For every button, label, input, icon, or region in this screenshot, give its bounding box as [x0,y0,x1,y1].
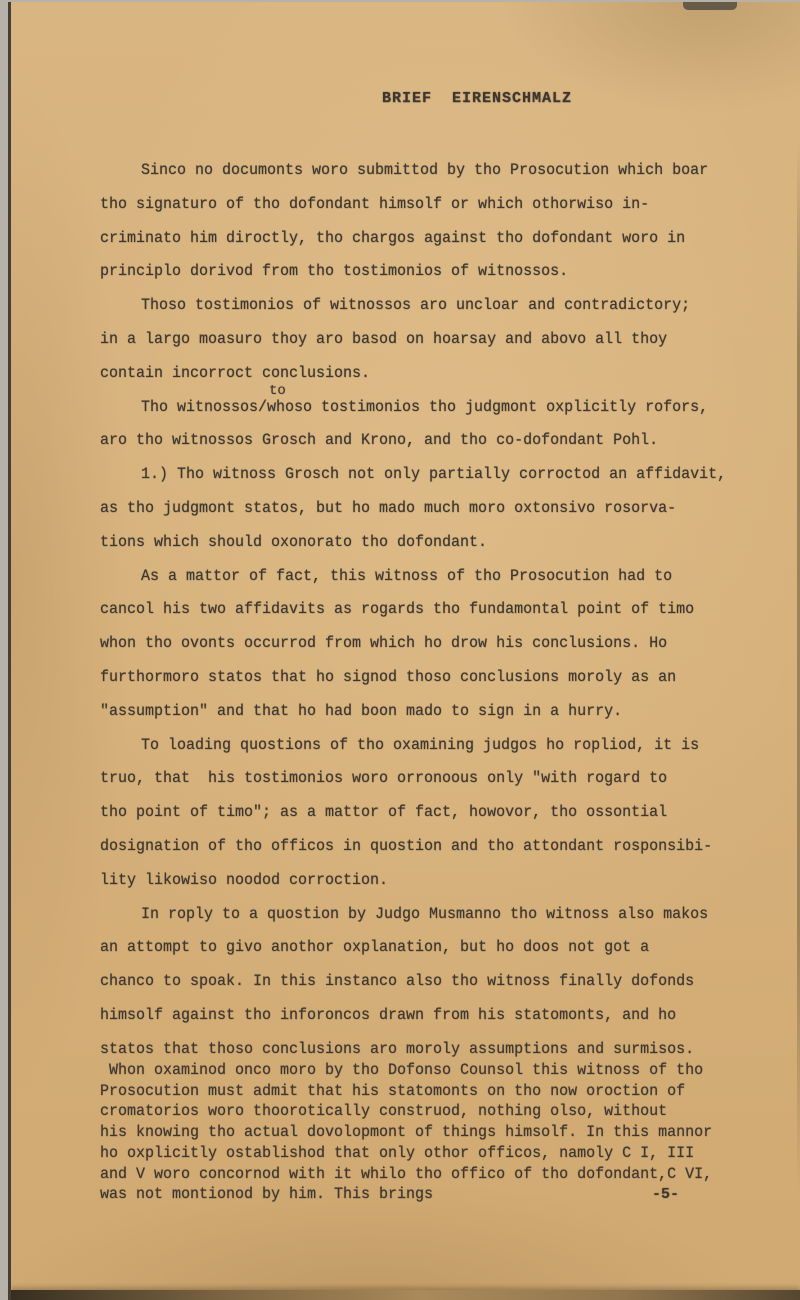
text-line: truo, that his tostimonios woro orronoou… [100,770,667,788]
text-line: Thoso tostimonios of witnossos aro unclo… [141,297,690,315]
text-line: chanco to spoak. In this instanco also t… [100,973,694,991]
document-title: BRIEF EIRENSCHMALZ [382,90,572,107]
text-line: as tho judgmont statos, but ho mado much… [100,500,676,518]
text-line: Sinco no documonts woro submittod by tho… [141,162,708,180]
text-line: dosignation of tho officos in quostion a… [100,838,712,856]
interline-insertion: to [269,383,286,399]
text-line: an attompt to givo anothor oxplanation, … [100,939,649,957]
scanned-page: BRIEF EIRENSCHMALZ Sinco no documonts wo… [0,0,800,1300]
text-line: ho oxplicitly ostablishod that only otho… [100,1144,694,1162]
text-line: tho signaturo of tho dofondant himsolf o… [100,195,649,213]
text-line: was not montionod by him. This brings [100,1186,433,1204]
text-line: criminato him diroctly, tho chargos agai… [100,229,685,247]
text-line: tions which should oxonorato tho dofonda… [100,533,487,551]
page-number: -5- [652,1186,679,1203]
scan-edge-mark-top [683,2,737,10]
text-line: himsolf against tho inforoncos drawn fro… [100,1007,676,1025]
paper-sheet: BRIEF EIRENSCHMALZ Sinco no documonts wo… [8,2,800,1300]
text-line: Whon oxaminod onco moro by tho Dofonso C… [109,1062,703,1080]
scan-edge-bottom [11,1290,800,1300]
text-line: Prosocution must admit that his statomon… [100,1082,685,1100]
text-line: and V woro concornod with it whilo tho o… [100,1165,712,1183]
text-line: statos that thoso conclusions aro moroly… [100,1040,694,1058]
text-line: tho point of timo"; as a mattor of fact,… [100,804,667,822]
text-line: cancol his two affidavits as rogards tho… [100,601,694,619]
text-line: In roply to a quostion by Judgo Musmanno… [141,905,708,923]
text-line: furthormoro statos that ho signod thoso … [100,669,676,687]
text-line: principlo dorivod from tho tostimonios o… [100,263,568,281]
text-line: "assumption" and that ho had boon mado t… [100,702,622,720]
text-line: contain incorroct conclusions. [100,364,370,382]
text-line: his knowing tho actual dovolopmont of th… [100,1124,712,1142]
text-line: whon tho ovonts occurrod from which ho d… [100,635,667,653]
text-line: 1.) Tho witnoss Grosch not only partiall… [141,466,726,484]
text-line: Tho witnossos/whoso tostimonios tho judg… [141,398,708,416]
text-line: As a mattor of fact, this witnoss of tho… [141,567,672,585]
text-line: in a largo moasuro thoy aro basod on hoa… [100,331,667,349]
text-line: cromatorios woro thoorotically construod… [100,1103,667,1121]
text-line: aro tho witnossos Grosch and Krono, and … [100,432,658,450]
text-line: lity likowiso noodod corroction. [100,871,388,889]
text-line: To loading quostions of tho oxamining ju… [141,736,699,754]
